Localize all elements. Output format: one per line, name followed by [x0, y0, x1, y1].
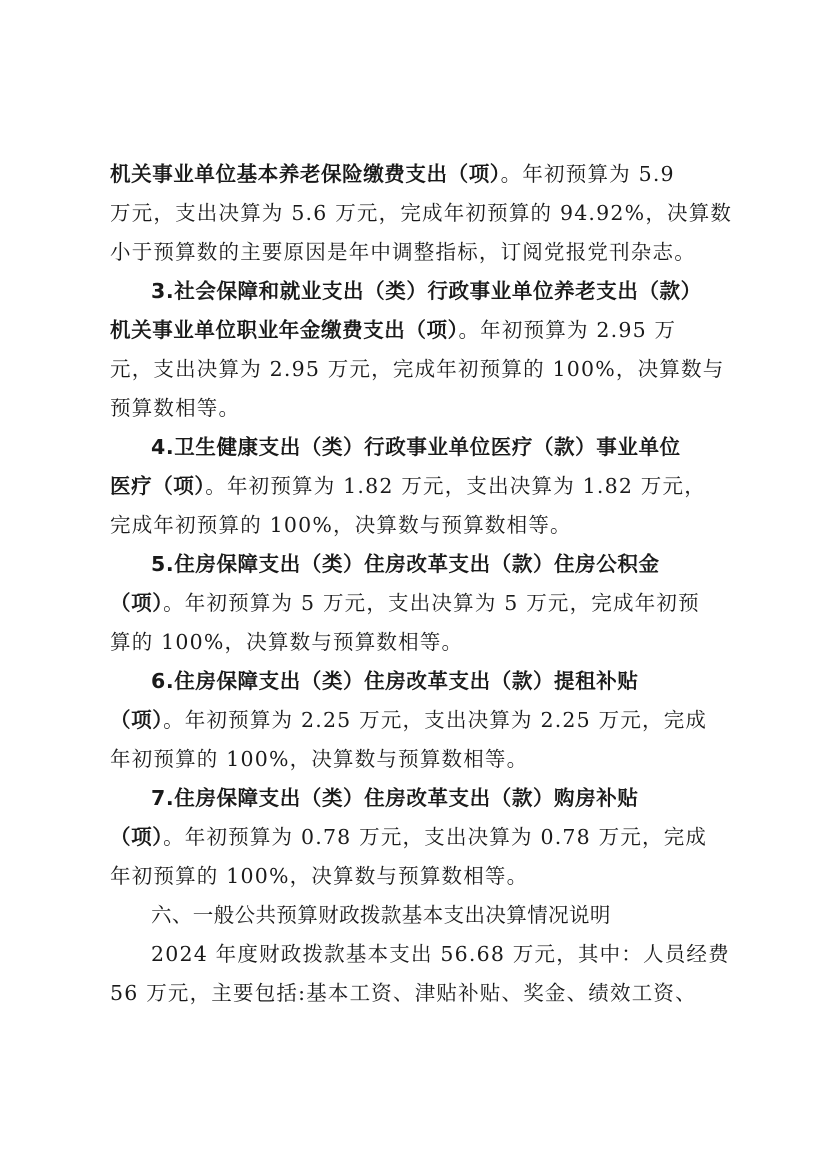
- item-3-heading: 3.社会保障和就业支出（类）行政事业单位养老支出（款）: [110, 272, 720, 311]
- item-text: 年初预算的 100%，决算数与预算数相等。: [110, 747, 528, 771]
- item-text: 。年初预算为 5.9: [501, 162, 675, 186]
- item-text: 小于预算数的主要原因是年中调整指标，订阅党报党刊杂志。: [110, 240, 696, 264]
- item-text: 元，支出决算为 2.95 万元，完成年初预算的 100%，决算数与: [110, 357, 724, 381]
- item-4-heading: 4.卫生健康支出（类）行政事业单位医疗（款）事业单位: [110, 428, 720, 467]
- paragraph-line: 算的 100%，决算数与预算数相等。: [110, 623, 720, 662]
- item-title-bold: 7.住房保障支出（类）住房改革支出（款）购房补贴: [151, 786, 638, 810]
- paragraph-line: 预算数相等。: [110, 389, 720, 428]
- item-title-bold: 机关事业单位基本养老保险缴费支出（项）: [110, 162, 501, 186]
- document-page: 机关事业单位基本养老保险缴费支出（项）。年初预算为 5.9 万元，支出决算为 5…: [110, 155, 720, 1013]
- paragraph-line: 医疗（项）。年初预算为 1.82 万元，支出决算为 1.82 万元，: [110, 467, 720, 506]
- item-text: 。年初预算为 2.95 万: [458, 318, 676, 342]
- paragraph-line: （项）。年初预算为 0.78 万元，支出决算为 0.78 万元，完成: [110, 818, 720, 857]
- paragraph-line: （项）。年初预算为 5 万元，支出决算为 5 万元，完成年初预: [110, 584, 720, 623]
- item-title-bold: （项）: [110, 591, 163, 615]
- paragraph-line: 机关事业单位基本养老保险缴费支出（项）。年初预算为 5.9: [110, 155, 720, 194]
- item-title-bold: 6.住房保障支出（类）住房改革支出（款）提租补贴: [151, 669, 638, 693]
- section-body-line: 56 万元，主要包括:基本工资、津贴补贴、奖金、绩效工资、: [110, 974, 720, 1013]
- item-title-bold: 3.社会保障和就业支出（类）行政事业单位养老支出（款）: [151, 279, 702, 303]
- item-title-bold: （项）: [110, 708, 163, 732]
- paragraph-line: 完成年初预算的 100%，决算数与预算数相等。: [110, 506, 720, 545]
- item-title-bold: 机关事业单位职业年金缴费支出（项）: [110, 318, 458, 342]
- item-text: 。年初预算为 5 万元，支出决算为 5 万元，完成年初预: [163, 591, 700, 615]
- item-text: 。年初预算为 2.25 万元，支出决算为 2.25 万元，完成: [163, 708, 707, 732]
- item-text: 。年初预算为 1.82 万元，支出决算为 1.82 万元，: [205, 474, 706, 498]
- item-title-bold: （项）: [110, 825, 163, 849]
- paragraph-line: 元，支出决算为 2.95 万元，完成年初预算的 100%，决算数与: [110, 350, 720, 389]
- paragraph-line: 机关事业单位职业年金缴费支出（项）。年初预算为 2.95 万: [110, 311, 720, 350]
- item-text: 预算数相等。: [110, 396, 240, 420]
- item-title-bold: 4.卫生健康支出（类）行政事业单位医疗（款）事业单位: [151, 435, 681, 459]
- item-text: 万元，支出决算为 5.6 万元，完成年初预算的 94.92%，决算数: [110, 201, 732, 225]
- paragraph-line: （项）。年初预算为 2.25 万元，支出决算为 2.25 万元，完成: [110, 701, 720, 740]
- item-6-heading: 6.住房保障支出（类）住房改革支出（款）提租补贴: [110, 662, 720, 701]
- section-body-line: 2024 年度财政拨款基本支出 56.68 万元，其中：人员经费: [110, 935, 720, 974]
- paragraph-line: 年初预算的 100%，决算数与预算数相等。: [110, 857, 720, 896]
- item-text: 算的 100%，决算数与预算数相等。: [110, 630, 463, 654]
- item-7-heading: 7.住房保障支出（类）住房改革支出（款）购房补贴: [110, 779, 720, 818]
- paragraph-line: 小于预算数的主要原因是年中调整指标，订阅党报党刊杂志。: [110, 233, 720, 272]
- item-text: 。年初预算为 0.78 万元，支出决算为 0.78 万元，完成: [163, 825, 707, 849]
- paragraph-line: 年初预算的 100%，决算数与预算数相等。: [110, 740, 720, 779]
- section-text: 56 万元，主要包括:基本工资、津贴补贴、奖金、绩效工资、: [110, 981, 697, 1005]
- section-text: 2024 年度财政拨款基本支出 56.68 万元，其中：人员经费: [151, 942, 730, 966]
- item-text: 完成年初预算的 100%，决算数与预算数相等。: [110, 513, 572, 537]
- item-text: 年初预算的 100%，决算数与预算数相等。: [110, 864, 528, 888]
- item-5-heading: 5.住房保障支出（类）住房改革支出（款）住房公积金: [110, 545, 720, 584]
- section-heading: 六、一般公共预算财政拨款基本支出决算情况说明: [110, 896, 720, 935]
- item-title-bold: 5.住房保障支出（类）住房改革支出（款）住房公积金: [151, 552, 660, 576]
- item-title-bold: 医疗（项）: [110, 474, 205, 498]
- paragraph-line: 万元，支出决算为 5.6 万元，完成年初预算的 94.92%，决算数: [110, 194, 720, 233]
